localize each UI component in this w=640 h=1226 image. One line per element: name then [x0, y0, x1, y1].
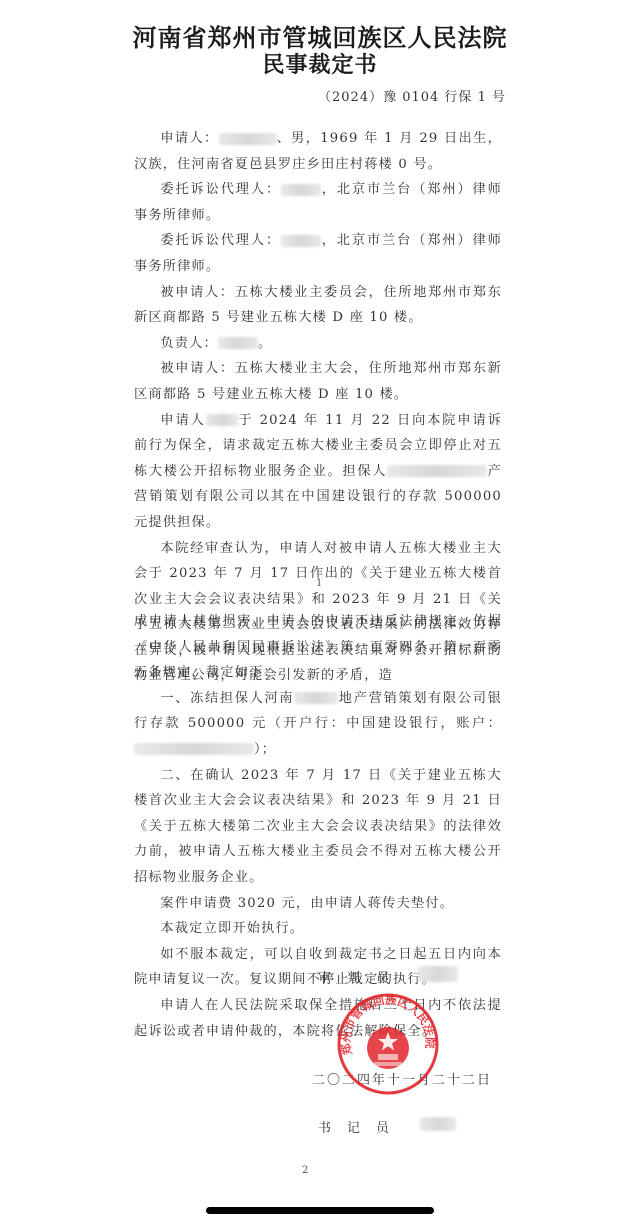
ruling-item-2: 二、在确认 2023 年 7 月 17 日《关于建业五栋大楼首次业主大会会议表决… — [134, 763, 502, 891]
case-number: （2024）豫 0104 行保 1 号 — [318, 86, 506, 105]
redacted-name — [281, 235, 321, 247]
redacted-clerk-name — [420, 1117, 456, 1131]
clerk-label: 书记员 — [318, 1117, 405, 1136]
page1-body: 申请人：、男，1969 年 1 月 29 日出生，汉族，住河南省夏邑县罗庄乡田庄… — [134, 126, 502, 689]
agent1-para: 委托诉讼代理人：，北京市兰台（郑州）律师事务所律师。 — [134, 177, 502, 228]
ruling-item-1: 一、冻结担保人河南地产营销策划有限公司银行存款 500000 元（开户行：中国建… — [134, 686, 502, 763]
redacted-company — [387, 465, 487, 477]
court-seal-icon: 郑州市管城回族区人民法院 — [336, 992, 440, 1096]
redacted-judge-name — [418, 966, 458, 982]
fee-para: 案件申请费 3020 元，由申请人蒋传夫垫付。 — [134, 891, 502, 917]
respondent2-para: 被申请人：五栋大楼业主大会，住所地郑州市郑东新区商都路 5 号建业五栋大楼 D … — [134, 356, 502, 407]
page-number-1: 1 — [316, 578, 322, 589]
redacted-name — [281, 184, 321, 196]
redacted-name — [206, 414, 238, 426]
respondent1-para: 被申请人：五栋大楼业主委员会，住所地郑州市郑东新区商都路 5 号建业五栋大楼 D… — [134, 280, 502, 331]
continuation-para: 成申请人其他损害。申请人的申请不违反法律规定，依据《中华人民共和国民事诉讼法》第… — [134, 609, 502, 686]
redacted-name — [219, 133, 277, 145]
document-type: 民事裁定书 — [0, 48, 640, 79]
application-para: 申请人于 2024 年 11 月 22 日向本院申请诉前行为保全，请求裁定五栋大… — [134, 408, 502, 536]
release-para: 申请人在人民法院采取保全措施后三十日内不依法提起诉讼或者申请仲裁的，本院将依法解… — [134, 993, 502, 1044]
redacted-account — [134, 743, 254, 755]
agent2-para: 委托诉讼代理人：，北京市兰台（郑州）律师事务所律师。 — [134, 228, 502, 279]
redacted-name — [218, 337, 258, 349]
execution-para: 本裁定立即开始执行。 — [134, 916, 502, 942]
judge-label: 审判员 — [318, 967, 405, 986]
responsible-person-para: 负责人：。 — [134, 331, 502, 357]
home-indicator[interactable] — [206, 1207, 434, 1214]
redacted-company — [294, 692, 338, 704]
page-number-2: 2 — [302, 1165, 308, 1176]
applicant-para: 申请人：、男，1969 年 1 月 29 日出生，汉族，住河南省夏邑县罗庄乡田庄… — [134, 126, 502, 177]
